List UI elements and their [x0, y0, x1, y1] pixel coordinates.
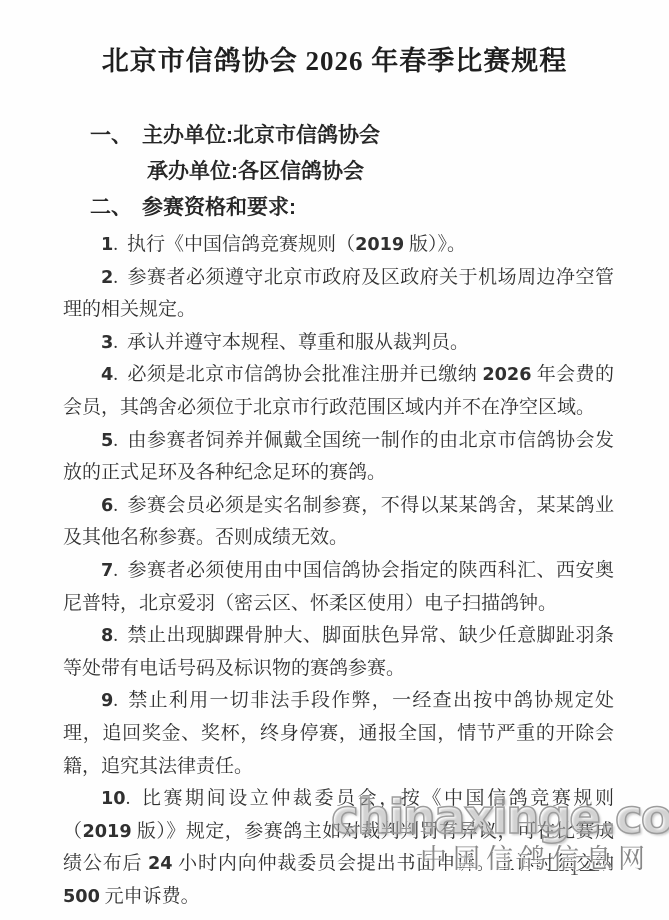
rule-number: 10. — [101, 788, 130, 809]
scanned-document-page: 北京市信鸽协会 2026 年春季比赛规程 一、主办单位:北京市信鸽协会 承办单位… — [0, 0, 669, 920]
page-number: —1— — [550, 859, 601, 881]
rule-item-1: 1.执行《中国信鸽竞赛规则（2019 版）》。 — [63, 229, 614, 262]
heading-one-text: 主办单位:北京市信鸽协会 — [142, 124, 380, 147]
rule-item-3: 3.承认并遵守本规程、尊重和服从裁判员。 — [63, 327, 614, 360]
rule-number: 2. — [101, 267, 118, 288]
heading-two-label: 二、 — [90, 196, 132, 219]
rule-item-5: 5.由参赛者饲养并佩戴全国统一制作的由北京市信鸽协会发放的正式足环及各种纪念足环… — [63, 425, 614, 490]
heading-two-text: 参赛资格和要求: — [142, 196, 296, 219]
rule-number: 8. — [101, 625, 118, 646]
rules-body: 1.执行《中国信鸽竞赛规则（2019 版）》。 2.参赛者必须遵守北京市政府及区… — [63, 229, 614, 913]
rule-item-10: 10.比赛期间设立仲裁委员会，按《中国信鸽竞赛规则（2019 版）》规定，参赛鸽… — [63, 783, 614, 913]
rule-text: 参赛会员必须是实名制参赛，不得以某某鸽舍，某某鸽业及其他名称参赛。否则成绩无效。 — [63, 495, 614, 549]
rule-item-8: 8.禁止出现脚踝骨肿大、脚面肤色异常、缺少任意脚趾羽条等处带有电话号码及标识物的… — [63, 620, 614, 685]
rule-text: 承认并遵守本规程、尊重和服从裁判员。 — [127, 332, 469, 353]
rule-number: 9. — [101, 690, 118, 711]
rule-text: 由参赛者饲养并佩戴全国统一制作的由北京市信鸽协会发放的正式足环及各种纪念足环的赛… — [63, 430, 614, 484]
rule-text: 参赛者必须遵守北京市政府及区政府关于机场周边净空管理的相关规定。 — [63, 267, 614, 321]
rule-number: 1. — [101, 234, 118, 255]
section-headings: 一、主办单位:北京市信鸽协会 承办单位:各区信鸽协会 二、参赛资格和要求: — [63, 118, 614, 226]
rule-item-4: 4.必须是北京市信鸽协会批准注册并已缴纳 2026 年会费的会员，其鸽舍必须位于… — [63, 359, 614, 424]
rule-text: 禁止利用一切非法手段作弊，一经查出按中鸽协规定处理，追回奖金、奖杯，终身停赛，通… — [63, 690, 614, 776]
rule-text: 执行《中国信鸽竞赛规则（2019 版）》。 — [127, 234, 466, 255]
rule-number: 7. — [101, 560, 118, 581]
rule-item-6: 6.参赛会员必须是实名制参赛，不得以某某鸽舍，某某鸽业及其他名称参赛。否则成绩无… — [63, 490, 614, 555]
rule-text: 必须是北京市信鸽协会批准注册并已缴纳 2026 年会费的会员，其鸽舍必须位于北京… — [63, 364, 614, 418]
rule-number: 5. — [101, 430, 118, 451]
heading-host-organizer: 一、主办单位:北京市信鸽协会 — [63, 118, 614, 154]
heading-eligibility: 二、参赛资格和要求: — [63, 190, 614, 226]
document-title: 北京市信鸽协会 2026 年春季比赛规程 — [30, 44, 639, 78]
heading-one-label: 一、 — [90, 124, 132, 147]
rule-item-9: 9.禁止利用一切非法手段作弊，一经查出按中鸽协规定处理，追回奖金、奖杯，终身停赛… — [63, 685, 614, 783]
rule-item-7: 7.参赛者必须使用由中国信鸽协会指定的陕西科汇、西安奥尼普特，北京爱羽（密云区、… — [63, 555, 614, 620]
rule-item-2: 2.参赛者必须遵守北京市政府及区政府关于机场周边净空管理的相关规定。 — [63, 262, 614, 327]
rule-number: 6. — [101, 495, 118, 516]
rule-text: 比赛期间设立仲裁委员会，按《中国信鸽竞赛规则（2019 版）》规定，参赛鸽主如对… — [63, 788, 614, 907]
rule-number: 4. — [101, 364, 118, 385]
heading-co-organizer: 承办单位:各区信鸽协会 — [63, 154, 614, 190]
rule-text: 参赛者必须使用由中国信鸽协会指定的陕西科汇、西安奥尼普特，北京爱羽（密云区、怀柔… — [63, 560, 614, 614]
rule-number: 3. — [101, 332, 118, 353]
rule-text: 禁止出现脚踝骨肿大、脚面肤色异常、缺少任意脚趾羽条等处带有电话号码及标识物的赛鸽… — [63, 625, 614, 679]
